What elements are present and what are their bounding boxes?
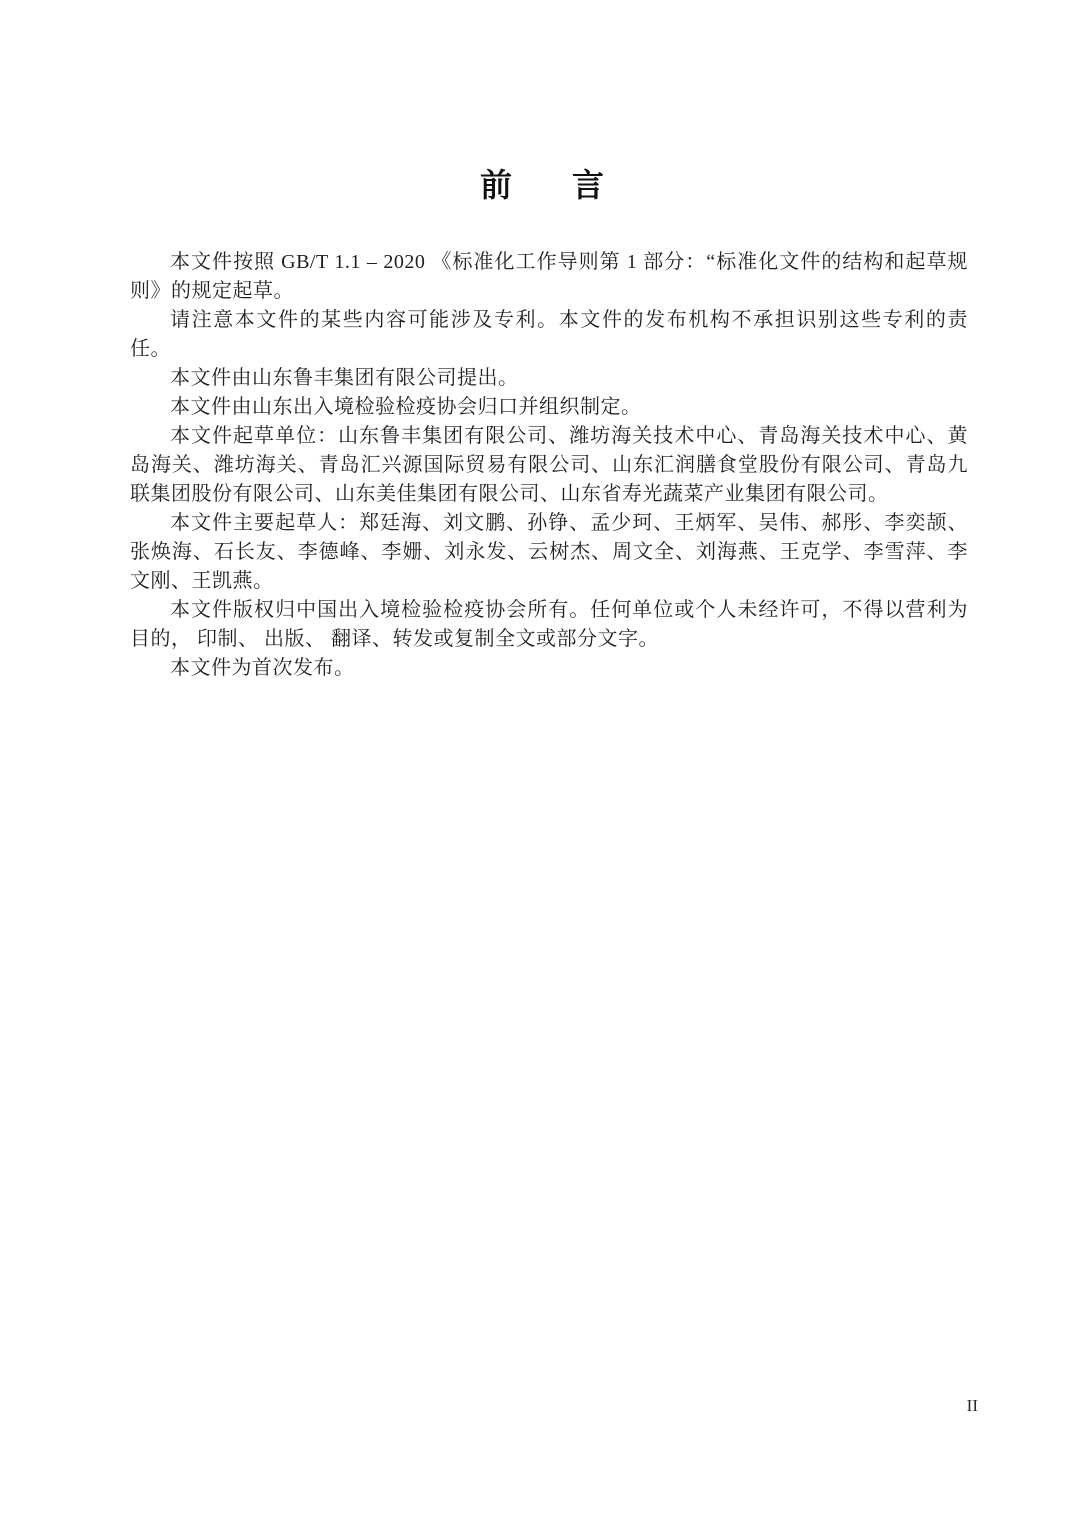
paragraph-drafting-basis: 本文件按照 GB/T 1.1 – 2020 《标准化工作导则第 1 部分：“标准… xyxy=(130,248,968,306)
paragraph-centralized-by: 本文件由山东出入境检验检疫协会归口并组织制定。 xyxy=(130,393,968,422)
page-title: 前 言 xyxy=(130,160,968,206)
document-page: 前 言 本文件按照 GB/T 1.1 – 2020 《标准化工作导则第 1 部分… xyxy=(0,0,1080,1527)
paragraph-patent-notice: 请注意本文件的某些内容可能涉及专利。本文件的发布机构不承担识别这些专利的责任。 xyxy=(130,306,968,364)
foreword-section: 前 言 本文件按照 GB/T 1.1 – 2020 《标准化工作导则第 1 部分… xyxy=(130,160,968,683)
paragraph-copyright: 本文件版权归中国出入境检验检疫协会所有。任何单位或个人未经许可，不得以营利为目的… xyxy=(130,596,968,654)
paragraph-proposed-by: 本文件由山东鲁丰集团有限公司提出。 xyxy=(130,364,968,393)
paragraph-main-drafters: 本文件主要起草人：郑廷海、刘文鹏、孙铮、孟少珂、王炳军、吴伟、郝彤、李奕颉、张焕… xyxy=(130,509,968,596)
foreword-body: 本文件按照 GB/T 1.1 – 2020 《标准化工作导则第 1 部分：“标准… xyxy=(130,248,968,683)
paragraph-drafting-organizations: 本文件起草单位：山东鲁丰集团有限公司、潍坊海关技术中心、青岛海关技术中心、黄岛海… xyxy=(130,422,968,509)
paragraph-first-publication: 本文件为首次发布。 xyxy=(130,654,968,683)
page-number: II xyxy=(967,1396,978,1416)
